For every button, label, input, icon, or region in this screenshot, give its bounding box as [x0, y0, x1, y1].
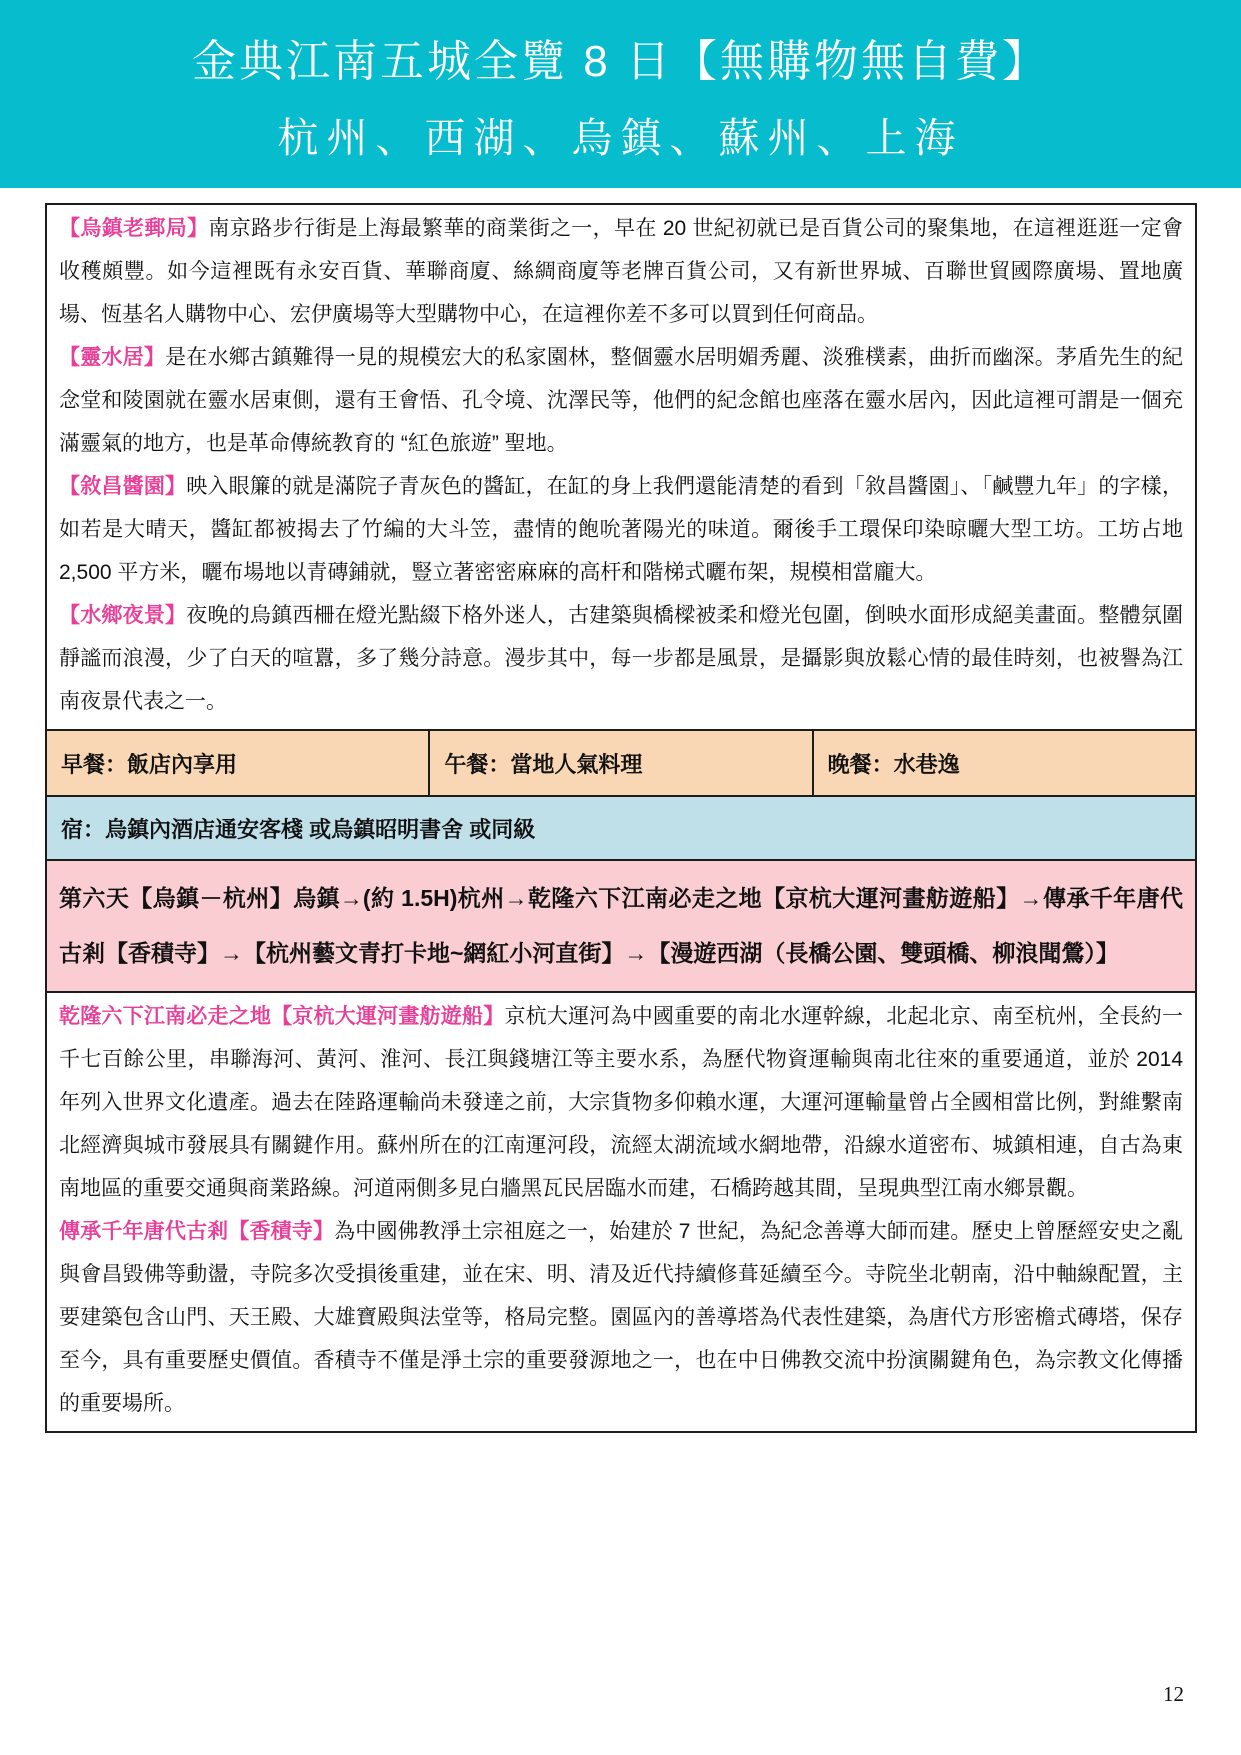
attraction-text: 夜晚的烏鎮西柵在燈光點綴下格外迷人，古建築與橋樑被柔和燈光包圍，倒映水面形成絕美…	[59, 604, 1183, 713]
attraction-text: 是在水鄉古鎮難得一見的規模宏大的私家園林，整個靈水居明媚秀麗、淡雅樸素，曲折而幽…	[59, 346, 1183, 455]
paragraph-lingshuiju: 【靈水居】是在水鄉古鎮難得一見的規模宏大的私家園林，整個靈水居明媚秀麗、淡雅樸素…	[59, 336, 1183, 465]
detail-text: 京杭大運河為中國重要的南北水運幹線，北起北京、南至杭州，全長約一千七百餘公里，串…	[59, 1005, 1183, 1200]
day6-detail-paragraphs: 乾隆六下江南必走之地【京杭大運河畫舫遊船】京杭大運河為中國重要的南北水運幹線，北…	[47, 991, 1195, 1431]
paragraph-wuzhen-old-post-office: 【烏鎮老郵局】南京路步行街是上海最繁華的商業街之一，早在 20 世紀初就已是百貨…	[59, 207, 1183, 336]
detail-text: 為中國佛教淨土宗祖庭之一，始建於 7 世紀，為紀念善導大師而建。歷史上曾歷經安史…	[59, 1220, 1183, 1415]
attraction-label: 【敘昌醬園】	[59, 475, 186, 498]
itinerary-page: 金典江南五城全覽 8 日【無購物無自費】 杭州、西湖、烏鎮、蘇州、上海 【烏鎮老…	[0, 0, 1241, 188]
tour-title: 金典江南五城全覽 8 日【無購物無自費】	[192, 25, 1049, 89]
attraction-label: 【水鄉夜景】	[59, 604, 186, 627]
attraction-text: 南京路步行街是上海最繁華的商業街之一，早在 20 世紀初就已是百貨公司的聚集地，…	[59, 217, 1183, 326]
meal-table: 早餐：飯店內享用 午餐：當地人氣料理 晚餐：水巷逸	[47, 729, 1195, 795]
itinerary-content-box: 【烏鎮老郵局】南京路步行街是上海最繁華的商業街之一，早在 20 世紀初就已是百貨…	[45, 203, 1197, 1433]
attraction-paragraphs: 【烏鎮老郵局】南京路步行街是上海最繁華的商業街之一，早在 20 世紀初就已是百貨…	[47, 205, 1195, 729]
breakfast-cell: 早餐：飯店內享用	[47, 731, 428, 795]
page-number: 12	[1163, 1682, 1184, 1707]
paragraph-xiangji-temple: 傳承千年唐代古剎【香積寺】為中國佛教淨土宗祖庭之一，始建於 7 世紀，為紀念善導…	[59, 1210, 1183, 1425]
attraction-label: 【靈水居】	[59, 346, 165, 369]
day6-route-banner: 第六天【烏鎮－杭州】烏鎮→(約 1.5H)杭州→乾隆六下江南必走之地【京杭大運河…	[47, 859, 1195, 991]
hotel-row: 宿：烏鎮內酒店通安客棧 或烏鎮昭明書舍 或同級	[47, 795, 1195, 859]
paragraph-water-town-night-view: 【水鄉夜景】夜晚的烏鎮西柵在燈光點綴下格外迷人，古建築與橋樑被柔和燈光包圍，倒映…	[59, 594, 1183, 723]
dinner-cell: 晚餐：水巷逸	[812, 731, 1195, 795]
attraction-text: 映入眼簾的就是滿院子青灰色的醬缸，在缸的身上我們還能清楚的看到「敘昌醬園」、「鹹…	[59, 475, 1183, 584]
page-header-banner: 金典江南五城全覽 8 日【無購物無自費】 杭州、西湖、烏鎮、蘇州、上海	[0, 0, 1241, 188]
lunch-cell: 午餐：當地人氣料理	[428, 731, 811, 795]
paragraph-xuchang-sauce-garden: 【敘昌醬園】映入眼簾的就是滿院子青灰色的醬缸，在缸的身上我們還能清楚的看到「敘昌…	[59, 465, 1183, 594]
detail-label: 乾隆六下江南必走之地【京杭大運河畫舫遊船】	[59, 1005, 504, 1028]
paragraph-grand-canal-cruise: 乾隆六下江南必走之地【京杭大運河畫舫遊船】京杭大運河為中國重要的南北水運幹線，北…	[59, 995, 1183, 1210]
attraction-label: 【烏鎮老郵局】	[59, 217, 208, 240]
tour-subtitle: 杭州、西湖、烏鎮、蘇州、上海	[278, 105, 964, 164]
detail-label: 傳承千年唐代古剎【香積寺】	[59, 1220, 334, 1243]
